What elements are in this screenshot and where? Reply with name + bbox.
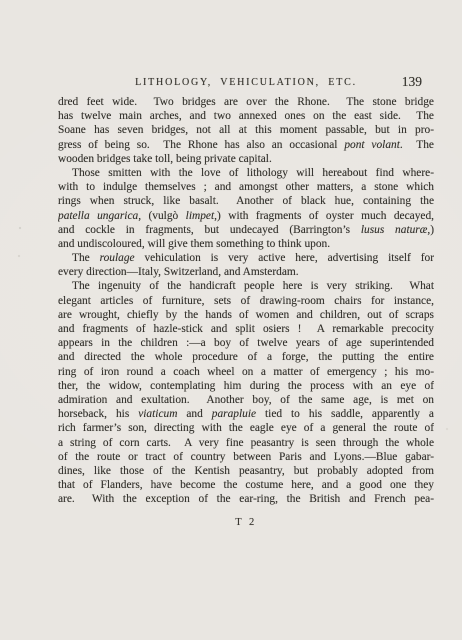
text-segment: every direction—Italy, Switzerland, and … <box>58 266 299 278</box>
text-line: ring of iron round a coach wheel on a ma… <box>58 365 434 379</box>
text-line: are. With the exception of the ear-ring,… <box>58 492 434 506</box>
page-number: 139 <box>402 74 422 90</box>
body-text: dred feet wide. Two bridges are over the… <box>58 95 434 506</box>
text-line: and cockle in fragments, but undecayed (… <box>58 223 434 237</box>
text-line: rings when struck, like basalt. Another … <box>58 194 434 208</box>
text-segment: and undiscoloured, will give them someth… <box>58 238 330 250</box>
text-segment: and directed the whole procedure of a fo… <box>58 351 434 363</box>
text-line: horseback, his viaticum and parapluie ti… <box>58 407 434 421</box>
italic-term: roulage <box>100 252 135 264</box>
text-segment: appears in the children :—a boy of twelv… <box>58 337 434 349</box>
text-segment: are wrought, chiefly by the hands of wom… <box>58 309 434 321</box>
text-line: has twelve main arches, and two annexed … <box>58 109 434 123</box>
text-segment: Those smitten with the love of lithology… <box>72 167 434 179</box>
text-segment: has twelve main arches, and two annexed … <box>58 110 434 122</box>
italic-term: viaticum <box>138 408 177 420</box>
text-line: that of Flanders, have become the costum… <box>58 478 434 492</box>
text-segment: horseback, his <box>58 408 138 420</box>
text-segment: rich farmer’s son, directing with the ea… <box>58 422 434 434</box>
text-segment: of the route or tract of country between… <box>58 451 434 463</box>
italic-term: pont volant <box>344 139 400 151</box>
text-line: of the route or tract of country between… <box>58 450 434 464</box>
text-line: patella ungarica, (vulgò limpet,) with f… <box>58 209 434 223</box>
text-segment: ring of iron round a coach wheel on a ma… <box>58 366 434 378</box>
text-line: and directed the whole procedure of a fo… <box>58 350 434 364</box>
text-line: Soane has seven bridges, not all at this… <box>58 123 434 137</box>
text-segment: ,) <box>427 224 434 236</box>
text-segment: The <box>72 252 100 264</box>
text-line: admiration and exultation. Another boy, … <box>58 393 434 407</box>
text-line: with to indulge themselves ; and amongst… <box>58 180 434 194</box>
text-segment: and cockle in fragments, but undecayed (… <box>58 224 361 236</box>
text-segment: and fragments of hazle-stick and split o… <box>58 323 434 335</box>
text-segment: Soane has seven bridges, not all at this… <box>58 124 434 136</box>
page-header: LITHOLOGY, VEHICULATION, ETC. 139 <box>58 74 434 92</box>
text-segment: dines, like those of the Kentish peasant… <box>58 465 434 477</box>
text-segment: with to indulge themselves ; and amongst… <box>58 181 434 193</box>
text-line: Those smitten with the love of lithology… <box>58 166 434 180</box>
text-segment: The ingenuity of the handicraft people h… <box>72 280 434 292</box>
text-segment: tied to his saddle, apparently a <box>256 408 434 420</box>
italic-term: limpet <box>186 210 214 222</box>
text-segment: elegant articles of furniture, sets of d… <box>58 295 434 307</box>
text-line: wooden bridges take toll, being private … <box>58 152 434 166</box>
text-line: a string of corn carts. A very fine peas… <box>58 436 434 450</box>
text-line: are wrought, chiefly by the hands of wom… <box>58 308 434 322</box>
italic-term: lusus naturæ <box>361 224 427 236</box>
text-segment: and <box>177 408 211 420</box>
text-line: dred feet wide. Two bridges are over the… <box>58 95 434 109</box>
text-line: appears in the children :—a boy of twelv… <box>58 336 434 350</box>
text-segment: ther, the widow, contemplating him durin… <box>58 380 434 392</box>
signature-mark: T 2 <box>58 517 434 528</box>
text-line: The roulage vehiculation is very active … <box>58 251 434 265</box>
text-segment: dred feet wide. Two bridges are over the… <box>58 96 434 108</box>
italic-term: parapluie <box>212 408 256 420</box>
text-line: every direction—Italy, Switzerland, and … <box>58 265 434 279</box>
text-segment: a string of corn carts. A very fine peas… <box>58 437 434 449</box>
text-segment: wooden bridges take toll, being private … <box>58 153 272 165</box>
running-title: LITHOLOGY, VEHICULATION, ETC. <box>58 77 434 88</box>
text-line: elegant articles of furniture, sets of d… <box>58 294 434 308</box>
text-line: and undiscoloured, will give them someth… <box>58 237 434 251</box>
text-segment: gress of being so. The Rhone has also an… <box>58 139 344 151</box>
text-line: dines, like those of the Kentish peasant… <box>58 464 434 478</box>
text-segment: admiration and exultation. Another boy, … <box>58 394 434 406</box>
text-line: gress of being so. The Rhone has also an… <box>58 138 434 152</box>
text-line: ther, the widow, contemplating him durin… <box>58 379 434 393</box>
text-line: The ingenuity of the handicraft people h… <box>58 279 434 293</box>
text-segment: rings when struck, like basalt. Another … <box>58 195 434 207</box>
text-segment: that of Flanders, have become the costum… <box>58 479 434 491</box>
text-segment: ,) with fragments of oyster much decayed… <box>214 210 434 222</box>
text-segment: , (vulgò <box>138 210 185 222</box>
text-line: and fragments of hazle-stick and split o… <box>58 322 434 336</box>
text-line: rich farmer’s son, directing with the ea… <box>58 421 434 435</box>
italic-term: patella ungarica <box>58 210 138 222</box>
book-page: LITHOLOGY, VEHICULATION, ETC. 139 dred f… <box>0 0 462 640</box>
text-segment: vehiculation is very active here, advert… <box>135 252 434 264</box>
text-segment: are. With the exception of the ear-ring,… <box>58 493 434 505</box>
text-segment: . The <box>400 139 434 151</box>
